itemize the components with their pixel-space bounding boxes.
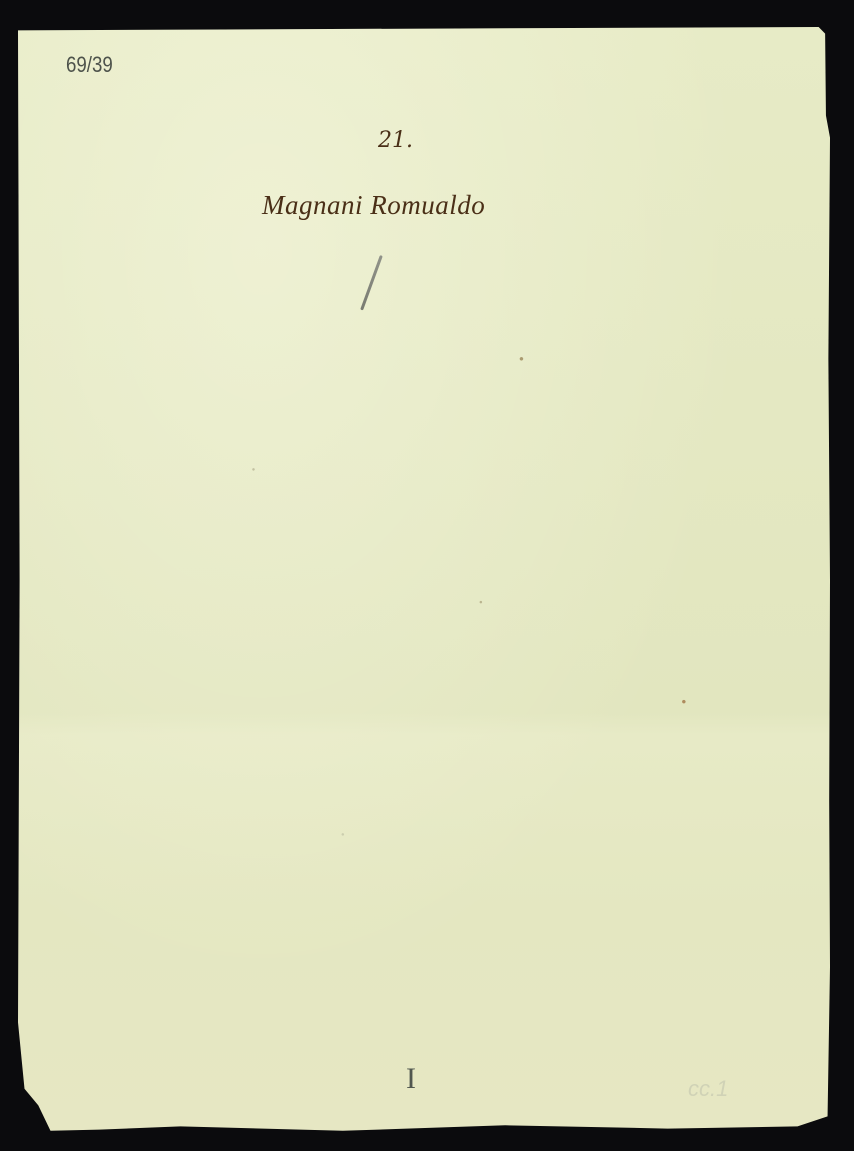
folio-number: 21.	[378, 128, 413, 153]
author-name: Magnani Romualdo	[262, 190, 485, 221]
scan-background: 69/39 21. Magnani Romualdo I cc.1	[0, 0, 854, 1151]
pencil-shelfmark: 69/39	[66, 52, 113, 78]
faint-carta-mark: cc.1	[688, 1076, 728, 1102]
volume-mark: I	[406, 1062, 416, 1096]
